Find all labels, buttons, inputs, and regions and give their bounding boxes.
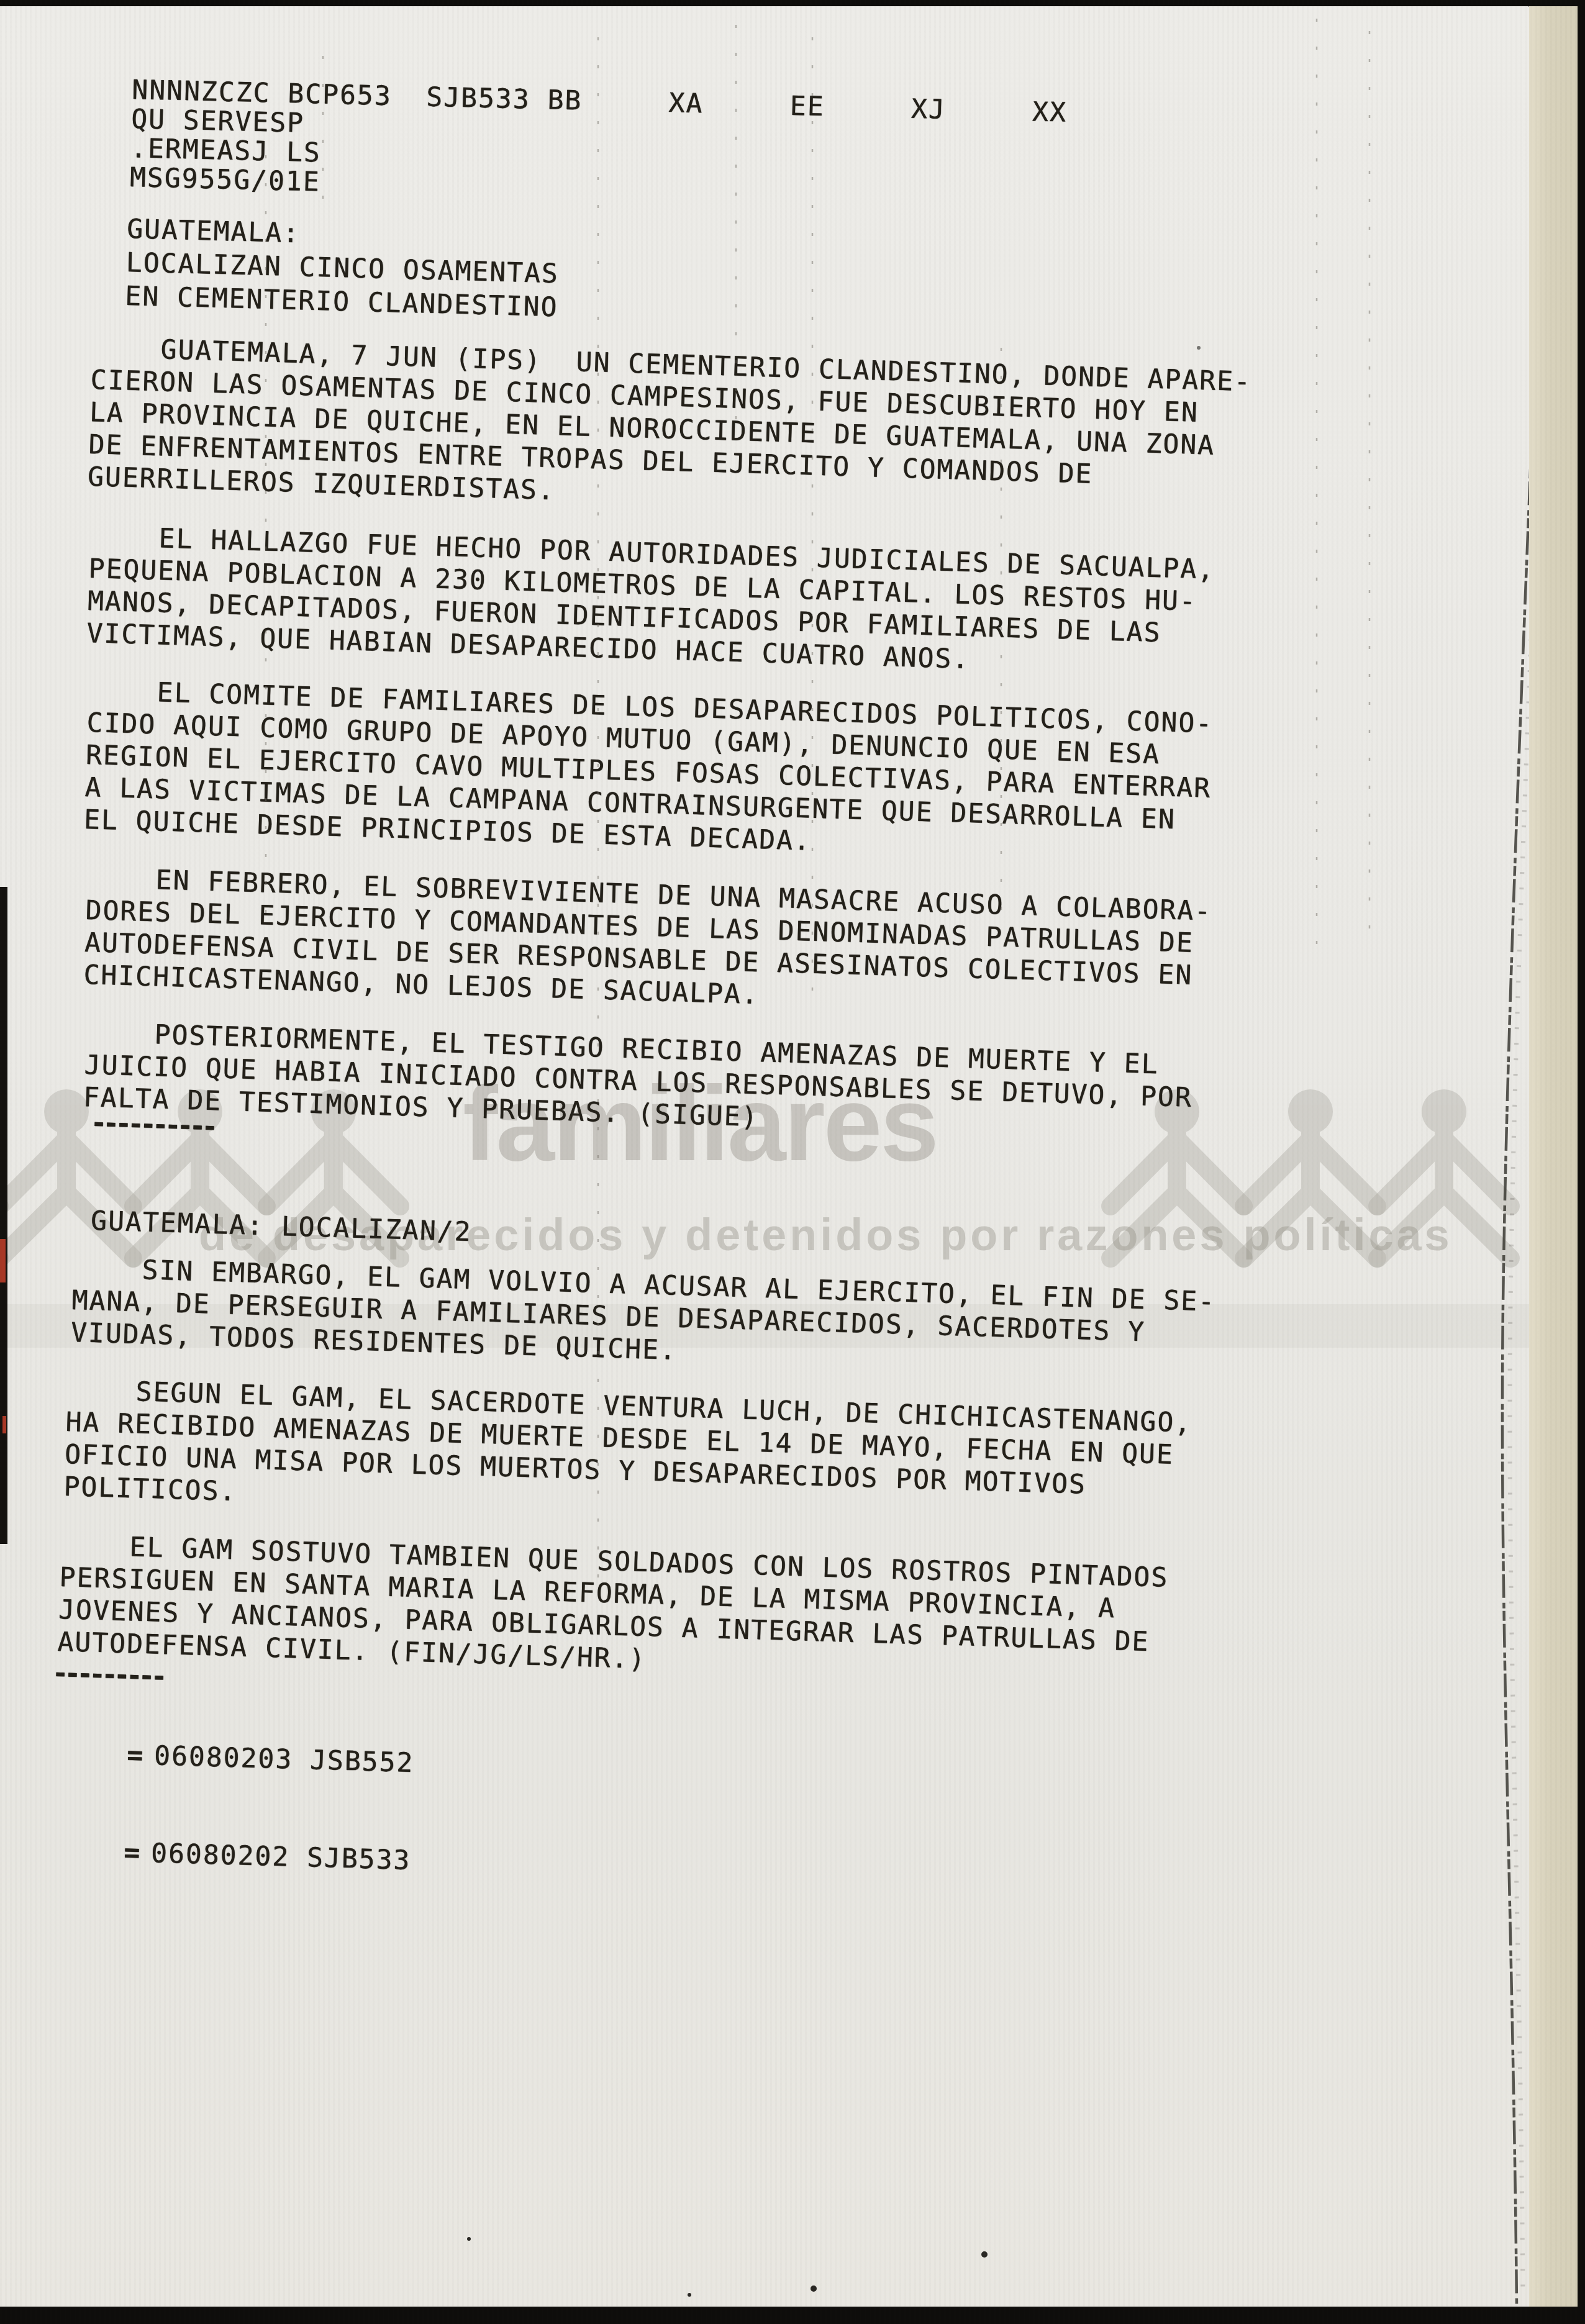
paragraph-2: EL HALLAZGO FUE HECHO POR AUTORIDADES JU…	[86, 520, 1215, 683]
code-mark-icon: =	[127, 1740, 155, 1771]
dash-separator-1: ----------	[90, 1107, 215, 1143]
transmission-code-2: =06080202 SJB533	[53, 1802, 412, 1909]
code-value: 06080203 JSB552	[154, 1740, 415, 1779]
paragraph-3: EL COMITE DE FAMILIARES DE LOS DESAPAREC…	[83, 674, 1214, 869]
red-ink-mark	[0, 1239, 6, 1282]
paragraph-7: SEGUN EL GAM, EL SACERDOTE VENTURA LUCH,…	[63, 1374, 1192, 1536]
scanned-document-page: familiares de desaparecidos y detenidos …	[0, 0, 1585, 2324]
transmission-code-1: =06080203 JSB552	[57, 1705, 416, 1812]
paragraph-8: EL GAM SOSTUVO TAMBIEN QUE SOLDADOS CON …	[57, 1529, 1169, 1691]
article-title: GUATEMALA:LOCALIZAN CINCO OSAMENTASEN CE…	[125, 212, 560, 324]
dash-separator-2: ---------	[52, 1657, 164, 1693]
paragraph-4: EN FEBRERO, EL SOBREVIVIENTE DE UNA MASA…	[83, 862, 1212, 1025]
telex-routing-header: NNNNZCZC BCP653 SJB533 BB XA EE XJ XXQU …	[129, 76, 1067, 216]
code-mark-icon: =	[124, 1837, 152, 1869]
page-edge-strip	[1529, 6, 1578, 2307]
paragraph-6: SIN EMBARGO, EL GAM VOLVIO A ACUSAR AL E…	[70, 1252, 1215, 1383]
code-value: 06080202 SJB533	[151, 1838, 412, 1876]
scan-border-left	[0, 887, 7, 1544]
paragraph-5: POSTERIORMENTE, EL TESTIGO RECIBIO AMENA…	[83, 1017, 1194, 1146]
scan-border-right	[1578, 0, 1585, 2324]
red-ink-mark	[2, 1416, 6, 1433]
paragraph-1: GUATEMALA, 7 JUN (IPS) UN CEMENTERIO CLA…	[87, 332, 1251, 527]
scan-border-bottom	[0, 2307, 1585, 2324]
scan-border-top	[0, 0, 1585, 6]
